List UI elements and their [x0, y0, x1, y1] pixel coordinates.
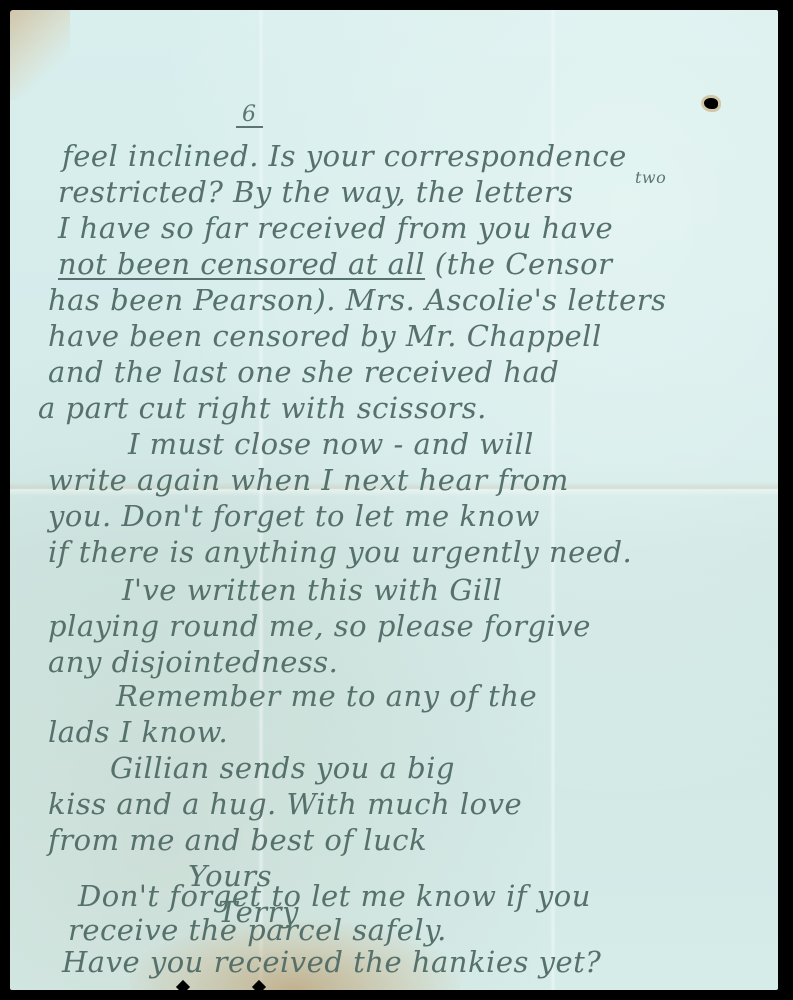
scan-canvas: 6 feel inclined. Is your correspondence …	[0, 0, 793, 1000]
postscript-block: Don't forget to let me know if you recei…	[10, 10, 778, 990]
postscript-line: Don't forget to let me know if you	[78, 878, 591, 914]
postscript-line: Have you received the hankies yet?	[62, 944, 601, 980]
postscript-line: receive the parcel safely.	[68, 912, 447, 948]
